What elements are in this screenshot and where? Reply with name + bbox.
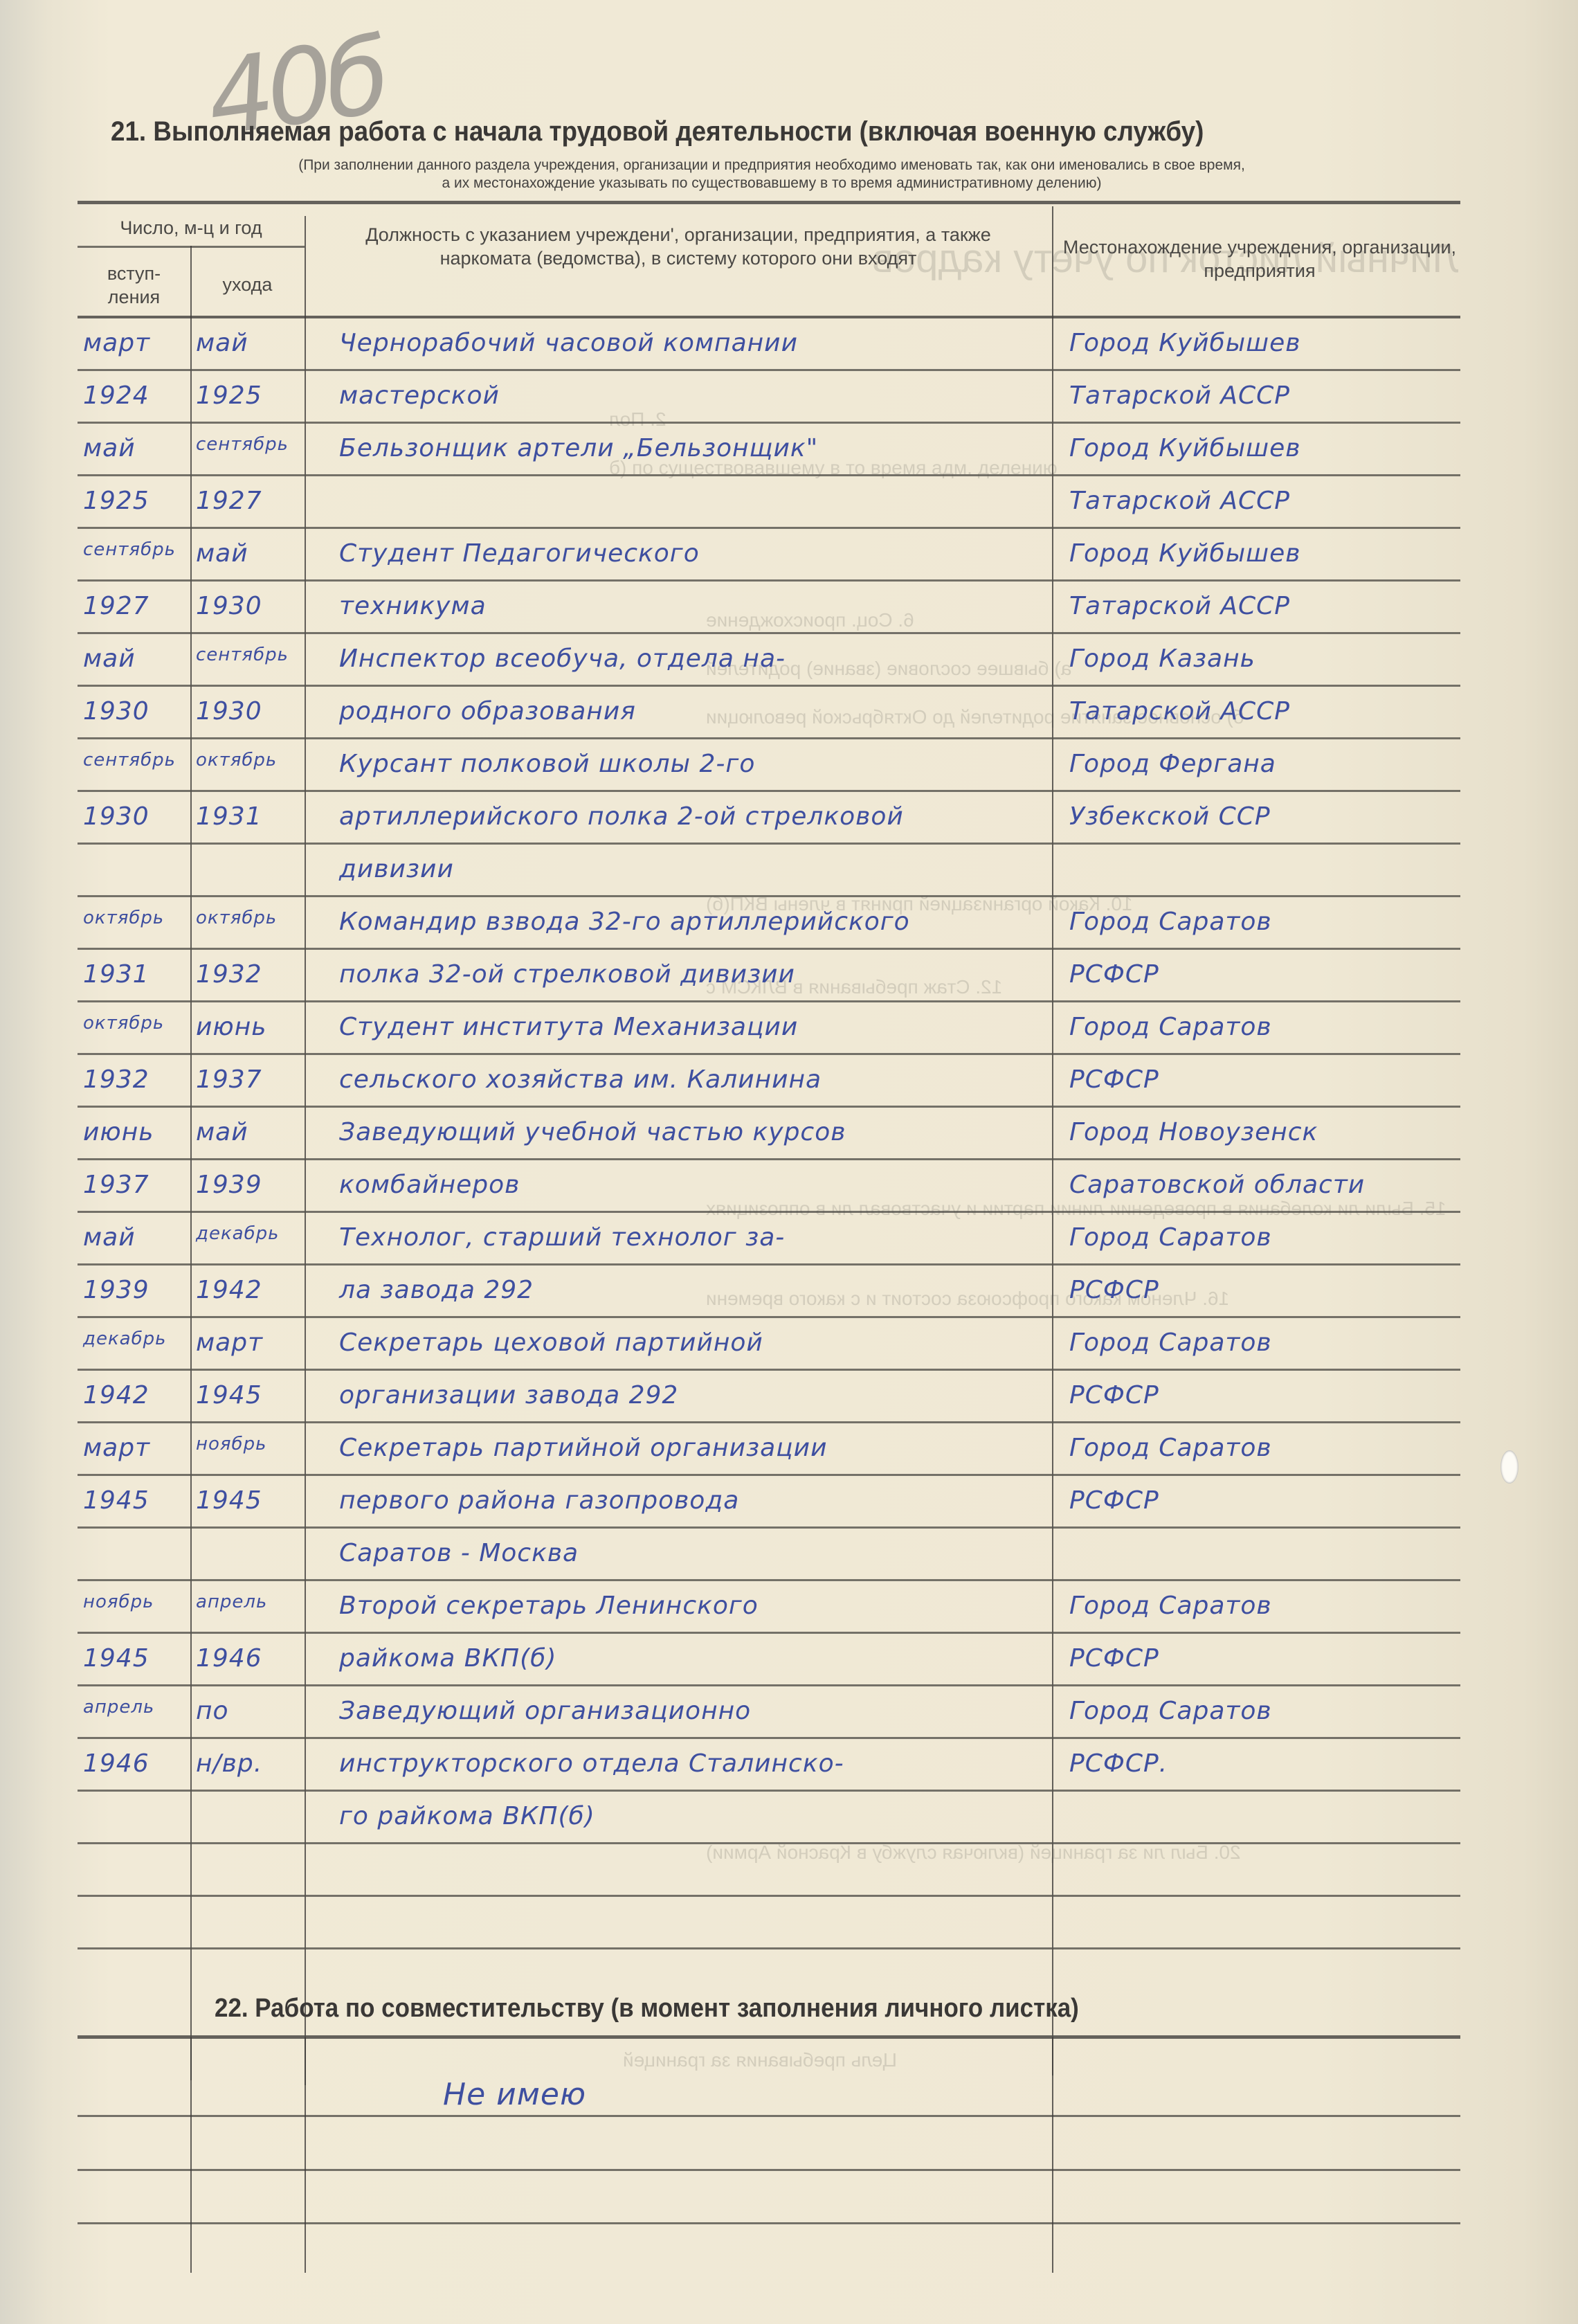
position-text: Бельзонщик артели „Бельзонщик" xyxy=(339,434,818,462)
header-bottom-rule xyxy=(78,316,1460,318)
leave-date: май xyxy=(196,1118,300,1146)
column-divider xyxy=(190,246,192,2080)
location-text: Город Саратов xyxy=(1069,1223,1272,1252)
position-text: первого района газопровода xyxy=(339,1486,739,1515)
leave-date: декабрь xyxy=(196,1223,300,1244)
position-text: инструкторского отдела Сталинско- xyxy=(339,1749,844,1778)
leave-date: 1942 xyxy=(196,1276,300,1304)
position-text: родного образования xyxy=(339,697,636,726)
position-text: Секретарь цеховой партийной xyxy=(339,1328,763,1357)
leave-date: 1945 xyxy=(196,1486,300,1515)
row-rule xyxy=(78,1579,1460,1581)
row-rule xyxy=(78,895,1460,897)
row-rule xyxy=(78,1947,1460,1949)
location-text: Город Фергана xyxy=(1069,750,1276,778)
column-divider xyxy=(1052,2037,1053,2273)
row-rule xyxy=(78,1684,1460,1686)
leave-date: по xyxy=(196,1697,300,1725)
position-text: райкома ВКП(б) xyxy=(339,1644,556,1673)
position-text: мастерской xyxy=(339,381,500,410)
row-rule xyxy=(78,790,1460,792)
row-rule xyxy=(78,948,1460,950)
entry-date: 1939 xyxy=(83,1276,187,1304)
location-text: РСФСР xyxy=(1069,960,1159,989)
entry-date: 1925 xyxy=(83,487,187,515)
leave-date: май xyxy=(196,329,300,357)
location-text: РСФСР xyxy=(1069,1644,1159,1673)
leave-date: сентябрь xyxy=(196,434,300,455)
leave-date: апрель xyxy=(196,1592,300,1612)
column-divider xyxy=(305,2037,306,2273)
location-text: Город Саратов xyxy=(1069,1697,1272,1725)
location-text: РСФСР xyxy=(1069,1486,1159,1515)
position-text: Секретарь партийной организации xyxy=(339,1434,827,1462)
entry-date: октябрь xyxy=(83,908,187,928)
leave-date: 1925 xyxy=(196,381,300,410)
column-header-location: Местонахождение учреждения, организации,… xyxy=(1059,235,1460,282)
position-text: артиллерийского полка 2-ой стрелковой xyxy=(339,802,904,831)
row-rule xyxy=(78,1526,1460,1529)
location-text: Город Куйбышев xyxy=(1069,539,1300,568)
entry-date: 1927 xyxy=(83,592,187,620)
leave-date: н/вр. xyxy=(196,1749,300,1778)
section-22-rule xyxy=(78,2169,1460,2171)
entry-date: 1942 xyxy=(83,1381,187,1409)
table-top-rule xyxy=(78,201,1460,204)
location-text: РСФСР xyxy=(1069,1065,1159,1094)
location-text: Татарской АССР xyxy=(1069,381,1290,410)
row-rule xyxy=(78,1895,1460,1897)
leave-date: 1930 xyxy=(196,697,300,726)
row-rule xyxy=(78,1211,1460,1213)
row-rule xyxy=(78,843,1460,845)
position-text: сельского хозяйства им. Калинина xyxy=(339,1065,822,1094)
position-text: Технолог, старший технолог за- xyxy=(339,1223,785,1252)
position-text: организации завода 292 xyxy=(339,1381,678,1409)
position-text: Заведующий учебной частью курсов xyxy=(339,1118,846,1146)
leave-date: май xyxy=(196,539,300,568)
location-text: Город Куйбышев xyxy=(1069,434,1300,462)
leave-date: 1930 xyxy=(196,592,300,620)
entry-date: май xyxy=(83,645,187,673)
location-text: Город Саратов xyxy=(1069,908,1272,936)
section-22-title: 22. Работа по совместительству (в момент… xyxy=(215,1994,1079,2024)
row-rule xyxy=(78,1316,1460,1318)
location-text: Город Новоузенск xyxy=(1069,1118,1318,1146)
location-text: Город Куйбышев xyxy=(1069,329,1300,357)
entry-date: сентябрь xyxy=(83,750,187,771)
position-text: полка 32-ой стрелковой дивизии xyxy=(339,960,795,989)
entry-date: ноябрь xyxy=(83,1592,187,1612)
entry-date: 1932 xyxy=(83,1065,187,1094)
column-divider xyxy=(305,216,306,2085)
location-text: Татарской АССР xyxy=(1069,592,1290,620)
section-22-rule xyxy=(78,2222,1460,2224)
row-rule xyxy=(78,1474,1460,1476)
position-text: Инспектор всеобуча, отдела на- xyxy=(339,645,786,673)
row-rule xyxy=(78,579,1460,582)
entry-date: сентябрь xyxy=(83,539,187,560)
position-text: дивизии xyxy=(339,855,454,883)
entry-date: 1946 xyxy=(83,1749,187,1778)
leave-date: 1937 xyxy=(196,1065,300,1094)
leave-date: июнь xyxy=(196,1013,300,1041)
entry-date: май xyxy=(83,434,187,462)
location-text: Город Саратов xyxy=(1069,1434,1272,1462)
section-21-note-line1: (При заполнении данного раздела учрежден… xyxy=(76,156,1467,174)
position-text: комбайнеров xyxy=(339,1171,520,1199)
section-21-title: 21. Выполняемая работа с начала трудовой… xyxy=(111,116,1359,147)
section-21-note: (При заполнении данного раздела учрежден… xyxy=(76,156,1467,192)
row-rule xyxy=(78,527,1460,529)
row-rule xyxy=(78,1369,1460,1371)
section-21-note-line2: а их местонахождение указывать по сущест… xyxy=(76,174,1467,192)
leave-date: март xyxy=(196,1328,300,1357)
entry-date: 1930 xyxy=(83,802,187,831)
location-text: Город Саратов xyxy=(1069,1592,1272,1620)
leave-date: 1931 xyxy=(196,802,300,831)
row-rule xyxy=(78,1421,1460,1423)
row-rule xyxy=(78,1106,1460,1108)
position-text: ла завода 292 xyxy=(339,1276,534,1304)
row-rule xyxy=(78,1632,1460,1634)
entry-date: апрель xyxy=(83,1697,187,1718)
entry-date: июнь xyxy=(83,1118,187,1146)
row-rule xyxy=(78,1737,1460,1739)
row-rule xyxy=(78,1790,1460,1792)
entry-date: декабрь xyxy=(83,1328,187,1349)
entry-date: март xyxy=(83,1434,187,1462)
position-text: Саратов - Москва xyxy=(339,1539,579,1567)
bleed-through-item: Цель пребывания за границей xyxy=(623,2049,897,2071)
location-text: Город Саратов xyxy=(1069,1013,1272,1041)
bleed-through-item: 20. Был ли за границей (включая службу в… xyxy=(706,1841,1241,1864)
column-header-leave: ухода xyxy=(190,273,305,296)
leave-date: 1927 xyxy=(196,487,300,515)
position-text: го райкома ВКП(б) xyxy=(339,1802,595,1830)
column-divider xyxy=(1052,206,1053,2075)
leave-date: 1945 xyxy=(196,1381,300,1409)
section-22-value: Не имею xyxy=(443,2077,586,2112)
position-text: Второй секретарь Ленинского xyxy=(339,1592,759,1620)
column-header-entry: вступ- ления xyxy=(78,262,190,309)
row-rule xyxy=(78,632,1460,634)
location-text: Город Саратов xyxy=(1069,1328,1272,1357)
leave-date: ноябрь xyxy=(196,1434,300,1454)
row-rule xyxy=(78,685,1460,687)
leave-date: октябрь xyxy=(196,908,300,928)
location-text: Узбекской ССР xyxy=(1069,802,1271,831)
location-text: РСФСР xyxy=(1069,1381,1159,1409)
entry-date: март xyxy=(83,329,187,357)
entry-date: 1931 xyxy=(83,960,187,989)
location-text: РСФСР. xyxy=(1069,1749,1168,1778)
leave-date: 1932 xyxy=(196,960,300,989)
position-text: Заведующий организационно xyxy=(339,1697,751,1725)
position-text: техникума xyxy=(339,592,487,620)
row-rule xyxy=(78,1158,1460,1160)
position-text: Студент института Механизации xyxy=(339,1013,798,1041)
bleed-through-item: 15. Были ли колебания в проведении линии… xyxy=(706,1198,1446,1220)
bleed-through-item: 6. Соц. происхождение xyxy=(706,609,914,631)
row-rule xyxy=(78,474,1460,476)
row-rule xyxy=(78,1053,1460,1055)
entry-date: 1930 xyxy=(83,697,187,726)
column-header-position: Должность с указанием учреждени', органи… xyxy=(325,223,1031,270)
position-text: Курсант полковой школы 2-го xyxy=(339,750,755,778)
row-rule xyxy=(78,737,1460,739)
location-text: РСФСР xyxy=(1069,1276,1159,1304)
section-22-top-rule xyxy=(78,2035,1460,2039)
location-text: Город Казань xyxy=(1069,645,1255,673)
location-text: Татарской АССР xyxy=(1069,697,1290,726)
row-rule xyxy=(78,1842,1460,1844)
row-rule xyxy=(78,422,1460,424)
entry-date: октябрь xyxy=(83,1013,187,1034)
entry-date: 1945 xyxy=(83,1486,187,1515)
entry-date: 1945 xyxy=(83,1644,187,1673)
binder-hole xyxy=(1500,1450,1518,1484)
location-text: Саратовской области xyxy=(1069,1171,1365,1199)
position-text: Студент Педагогического xyxy=(339,539,700,568)
column-divider xyxy=(190,2037,192,2273)
section-22-rule xyxy=(78,2115,1460,2117)
row-rule xyxy=(78,1263,1460,1265)
leave-date: 1939 xyxy=(196,1171,300,1199)
entry-date: 1924 xyxy=(83,381,187,410)
entry-date: 1937 xyxy=(83,1171,187,1199)
position-text: Командир взвода 32-го артиллерийского xyxy=(339,908,910,936)
leave-date: 1946 xyxy=(196,1644,300,1673)
position-text: Чернорабочий часовой компании xyxy=(339,329,798,357)
bleed-through-item: 2. Пол xyxy=(609,408,666,431)
row-rule xyxy=(78,369,1460,371)
leave-date: сентябрь xyxy=(196,645,300,665)
column-header-date-group: Число, м-ц и год xyxy=(78,216,305,240)
location-text: Татарской АССР xyxy=(1069,487,1290,515)
row-rule xyxy=(78,1000,1460,1002)
leave-date: октябрь xyxy=(196,750,300,771)
entry-date: май xyxy=(83,1223,187,1252)
